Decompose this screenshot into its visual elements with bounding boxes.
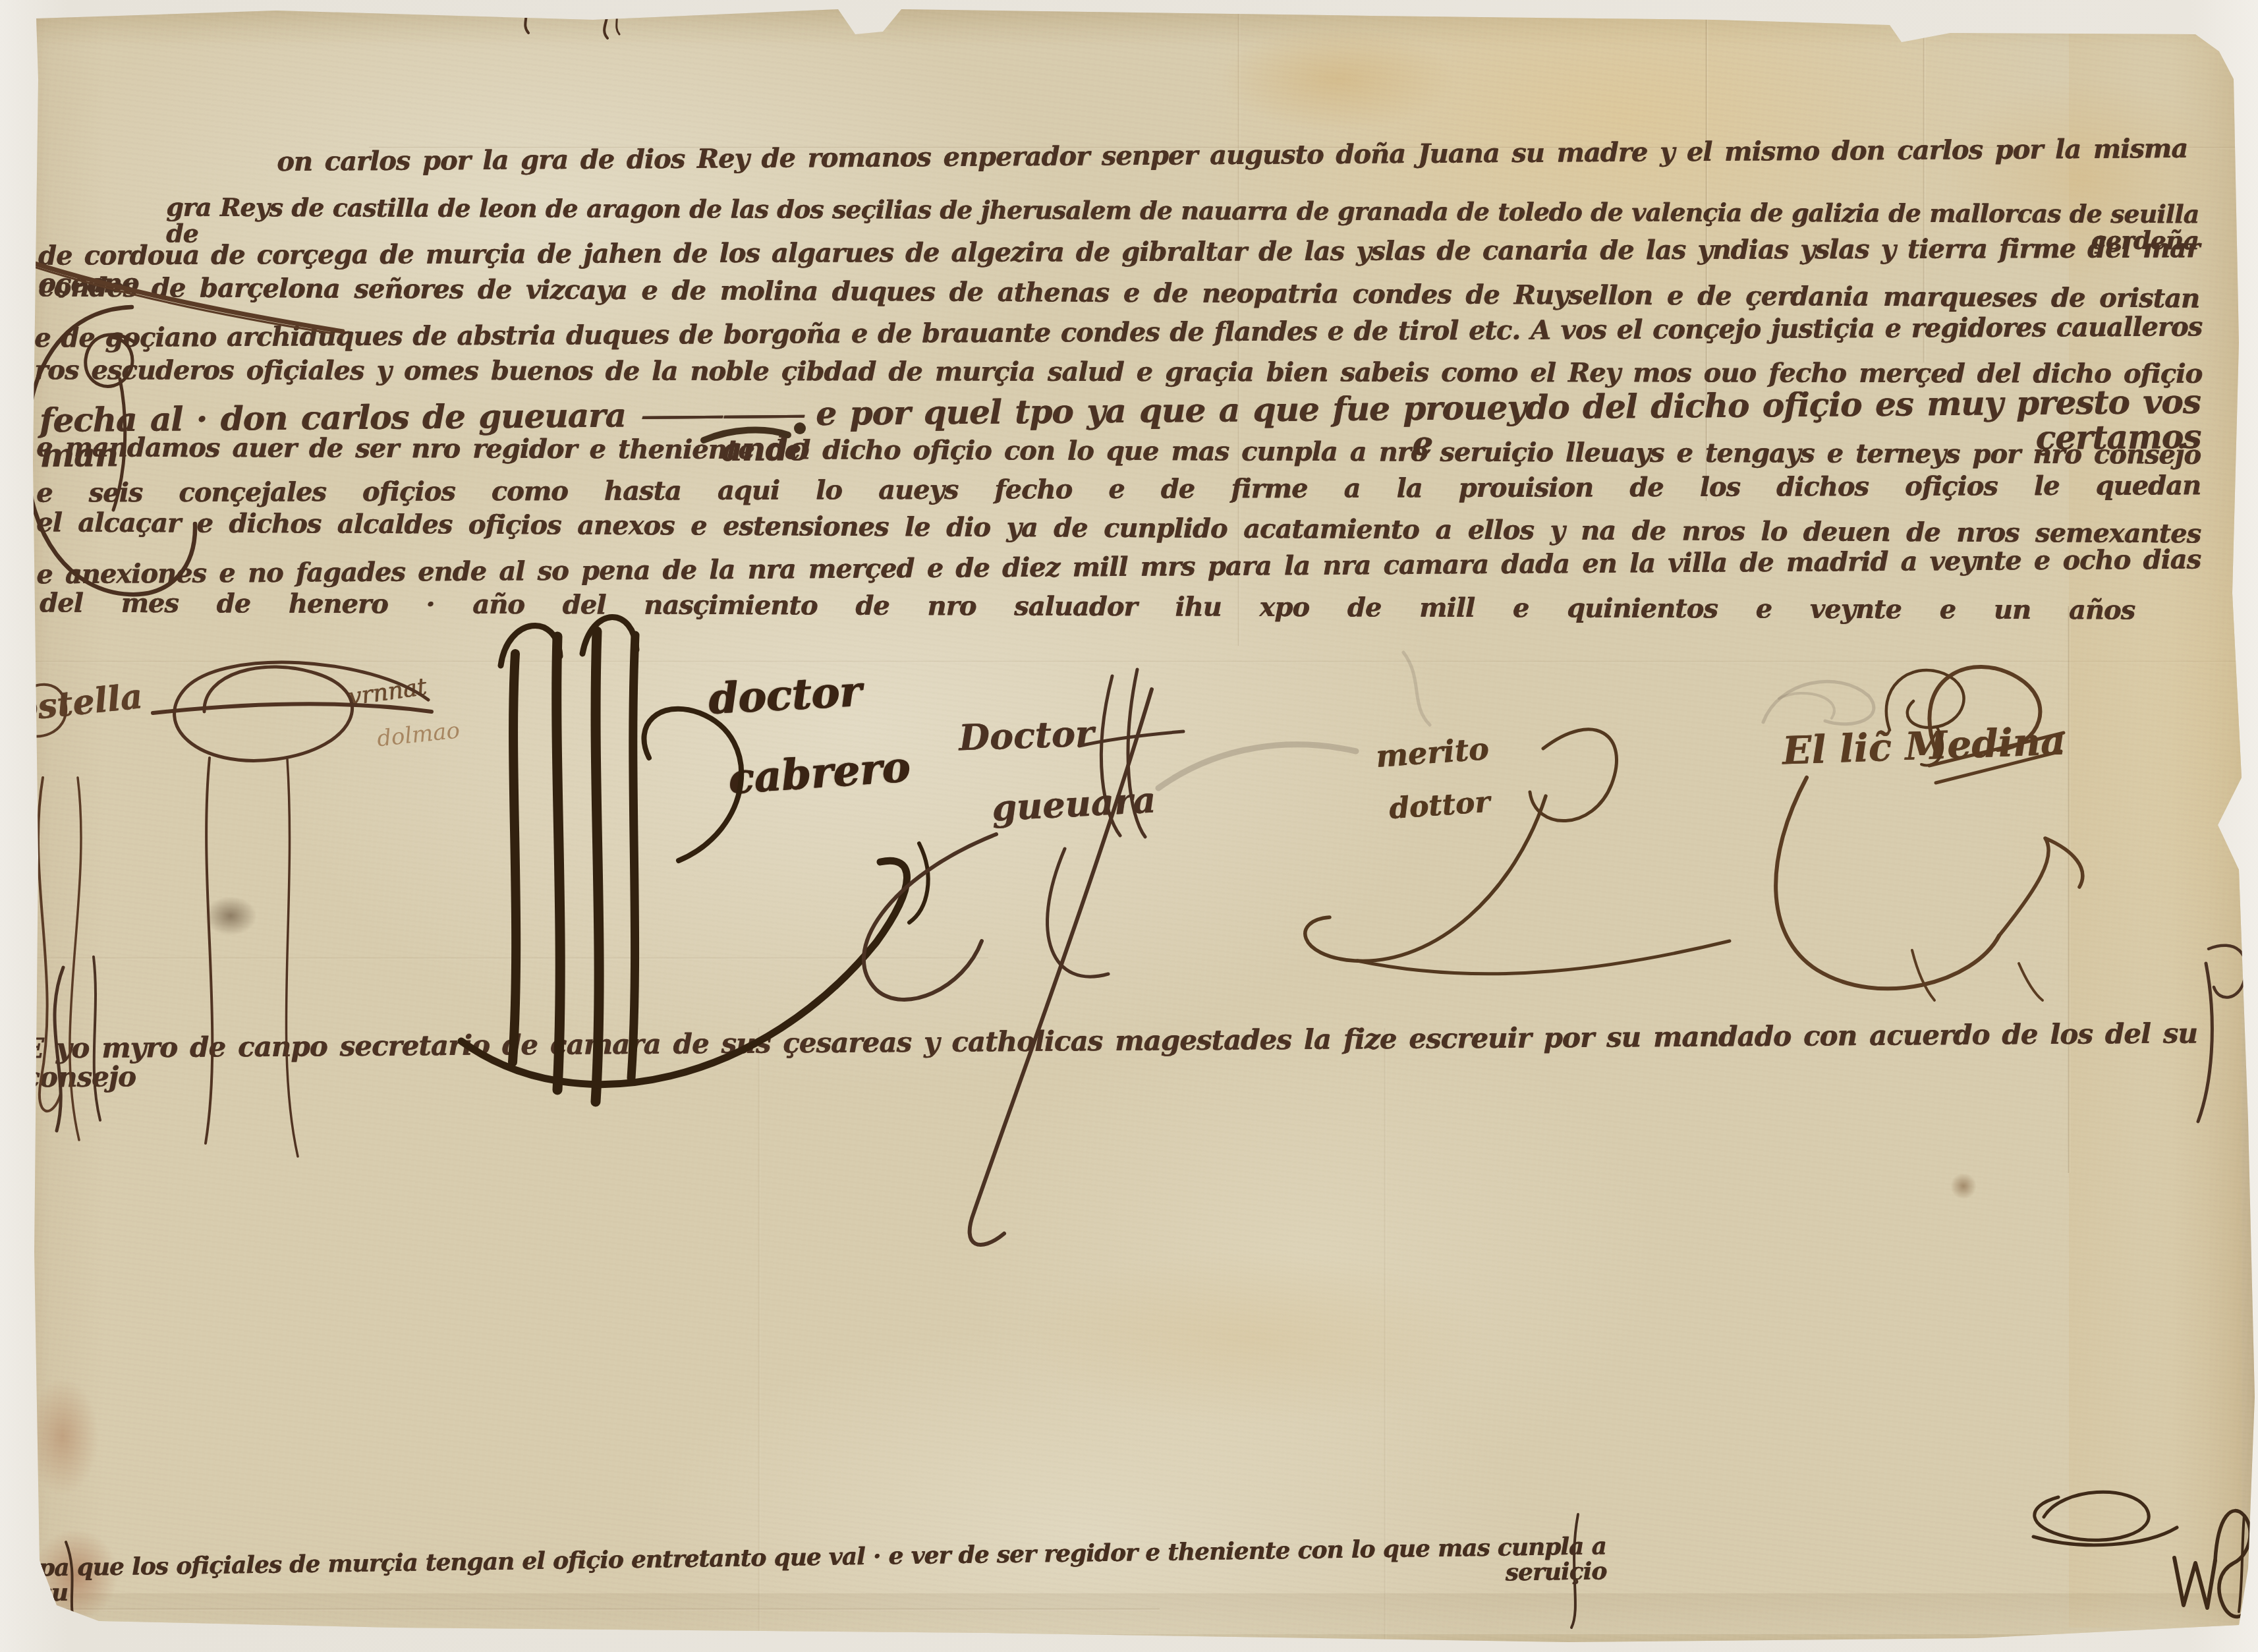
pen-stroke	[909, 843, 928, 923]
pen-stroke	[604, 4, 607, 38]
fold-crease	[0, 660, 2258, 664]
body-text-line: del mes de henero · año del nasçimiento …	[40, 589, 2135, 624]
signature-rubric-name: vrnnat	[347, 675, 428, 710]
signature-merito-name: merito	[1375, 733, 1490, 772]
red-edge-mark	[0, 111, 7, 121]
pen-stroke	[1048, 849, 1108, 977]
stain	[1021, 1252, 1482, 1423]
pen-stroke	[2239, 1516, 2244, 1612]
body-text-line: on carlos por la gra de dios Rey de roma…	[277, 135, 2187, 176]
body-text-line: ros escuderos ofiçiales y omes buenos de…	[34, 356, 2202, 388]
red-edge-mark	[1, 132, 7, 141]
pen-stroke	[644, 709, 741, 861]
manuscript-scan: on carlos por la gra de dios Rey de roma…	[0, 0, 2258, 1652]
stain	[26, 1377, 99, 1496]
signature-cabrero-title: doctor	[707, 669, 862, 722]
pen-stroke	[1912, 950, 1934, 1000]
signature-rubric-name2: dolmao	[376, 720, 461, 752]
stain	[204, 896, 257, 936]
pen-stroke	[2033, 1527, 2177, 1545]
docket-line: pa que los ofiçiales de murçia tengan el…	[38, 1534, 1607, 1606]
stain	[1950, 1173, 1977, 1199]
pen-stroke	[864, 834, 996, 1000]
signature-compostella: postella	[0, 679, 144, 730]
pen-stroke	[2019, 963, 2043, 1000]
signature-medina-flourish	[1776, 667, 2083, 1000]
fold-crease	[0, 957, 988, 960]
body-text-line: e seis conçejales ofiçios como hasta aqu…	[36, 472, 2201, 507]
pencil-stroke	[1403, 652, 1430, 725]
stain	[1219, 26, 1456, 132]
pencil-stroke	[1779, 693, 1834, 718]
signature-guevara-name: gueuara	[991, 782, 1157, 828]
pen-stroke	[582, 617, 636, 654]
pen-stroke	[631, 635, 635, 1078]
pencil-ghost-marks	[1158, 652, 1874, 788]
margin-pencil-mark: sa	[4, 1355, 35, 1388]
pen-stroke	[2035, 1492, 2149, 1540]
attestation-line: E yo myro de canpo secretario de camara …	[23, 1019, 2198, 1092]
top-edge-marks	[523, 3, 619, 38]
fold-crease	[40, 1608, 1160, 1611]
pen-stroke	[2198, 963, 2212, 1122]
bottom-right-monogram	[2033, 1492, 2250, 1616]
pen-stroke	[614, 7, 619, 34]
pen-stroke	[1886, 670, 1964, 730]
signature-merito-flourish	[1305, 729, 1730, 974]
pen-stroke	[970, 689, 1152, 1245]
pen-stroke	[1776, 778, 1999, 988]
signature-merito-title: dottor	[1388, 787, 1491, 825]
pencil-stroke	[1158, 745, 1356, 788]
pen-stroke	[523, 3, 528, 33]
pen-stroke	[2209, 946, 2246, 998]
body-text-line: el alcaçar e dichos alcaldes ofiçios ane…	[36, 509, 2201, 548]
pen-stroke	[1530, 729, 1616, 821]
pen-stroke	[501, 625, 560, 666]
pen-stroke	[1357, 941, 1730, 974]
signature-cabrero-name: cabrero	[727, 745, 911, 801]
body-text-line: e anexiones e no fagades ende al so pena…	[36, 546, 2201, 589]
pen-stroke	[2174, 1558, 2215, 1608]
signature-guevara-title: Doctor	[958, 714, 1094, 756]
pen-stroke	[557, 637, 560, 1090]
pen-stroke	[2215, 1511, 2250, 1617]
fold-crease	[2068, 606, 2071, 1173]
body-text-line: e mandamos auer de ser nro regidor e the…	[36, 434, 2201, 469]
pen-stroke	[286, 759, 298, 1156]
manuscript-page: on carlos por la gra de dios Rey de roma…	[0, 0, 2258, 1652]
signature-medina: El lic̃ Medina	[1782, 722, 2066, 772]
body-text-line: e de goçiano archiduques de abstria duqu…	[34, 313, 2202, 352]
pencil-stroke	[1763, 681, 1874, 724]
pen-stroke	[1079, 731, 1183, 746]
pen-stroke	[1999, 838, 2083, 936]
red-edge-mark	[0, 159, 5, 167]
pen-stroke	[513, 654, 516, 1062]
